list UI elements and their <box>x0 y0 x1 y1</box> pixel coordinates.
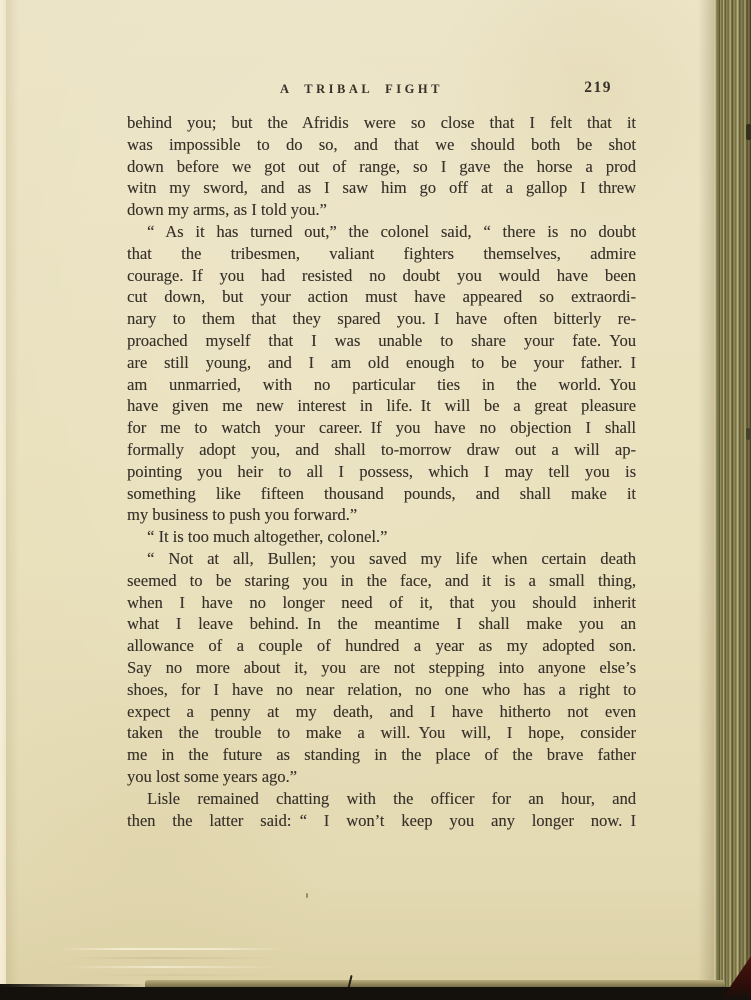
page-edge-mark <box>746 124 751 140</box>
page-text: behind you; but the Afridis were so clos… <box>127 112 636 831</box>
text-line: for me to watch your career. If you have… <box>127 417 636 439</box>
page-edge-mark <box>746 428 750 440</box>
running-head-title: A TRIBAL FIGHT <box>127 82 596 97</box>
scanned-book-page-photo: A TRIBAL FIGHT 219 behind you; but the A… <box>0 0 751 1000</box>
text-line: courage. If you had resisted no doubt yo… <box>127 265 636 287</box>
book-bottom-edge <box>145 980 725 987</box>
text-line: when I have no longer need of it, that y… <box>127 592 636 614</box>
text-line: formally adopt you, and shall to-morrow … <box>127 439 636 461</box>
paper-speck <box>306 893 308 898</box>
text-line: you lost some years ago.” <box>127 766 636 788</box>
text-line: Lisle remained chatting with the officer… <box>127 788 636 810</box>
bottom-page-edge-streak <box>58 948 283 950</box>
stacked-page-edges <box>714 0 751 992</box>
text-line: what I leave behind. In the meantime I s… <box>127 613 636 635</box>
text-line: “ Not at all, Bullen; you saved my life … <box>127 548 636 570</box>
text-line: me in the future as standing in the plac… <box>127 744 636 766</box>
text-line: am unmarried, with no particular ties in… <box>127 374 636 396</box>
text-line: witn my sword, and as I saw him go off a… <box>127 177 636 199</box>
bottom-page-edge-streak <box>62 966 282 968</box>
text-line: have given me new interest in life. It w… <box>127 395 636 417</box>
text-line: that the tribesmen, valiant fighters the… <box>127 243 636 265</box>
text-line: allowance of a couple of hundred a year … <box>127 635 636 657</box>
page-right-shadow <box>698 0 714 990</box>
text-line: “ As it has turned out,” the colonel sai… <box>127 221 636 243</box>
text-line: cut down, but your action must have appe… <box>127 286 636 308</box>
text-line: something like fifteen thousand pounds, … <box>127 483 636 505</box>
text-line: down my arms, as I told you.” <box>127 199 636 221</box>
text-line: proached myself that I was unable to sha… <box>127 330 636 352</box>
text-line: then the latter said: “ I won’t keep you… <box>127 810 636 832</box>
bottom-page-edge-streak <box>70 957 280 959</box>
text-line: expect a penny at my death, and I have h… <box>127 701 636 723</box>
text-line: seemed to be staring you in the face, an… <box>127 570 636 592</box>
text-line: was impossible to do so, and that we sho… <box>127 134 636 156</box>
page-left-edge-shadow <box>6 0 19 987</box>
text-line: behind you; but the Afridis were so clos… <box>127 112 636 134</box>
text-line: are still young, and I am old enough to … <box>127 352 636 374</box>
text-line: pointing you heir to all I possess, whic… <box>127 461 636 483</box>
text-line: Say no more about it, you are not steppi… <box>127 657 636 679</box>
running-head: A TRIBAL FIGHT 219 <box>127 82 636 102</box>
text-line: shoes, for I have no near relation, no o… <box>127 679 636 701</box>
text-line: “ It is too much altogether, colonel.” <box>127 526 636 548</box>
text-line: down before we got out of range, so I ga… <box>127 156 636 178</box>
page-number: 219 <box>584 79 612 97</box>
text-line: nary to them that they spared you. I hav… <box>127 308 636 330</box>
bottom-page-edge-streak <box>80 974 270 976</box>
table-surface <box>0 987 751 1000</box>
text-line: my business to push you forward.” <box>127 504 636 526</box>
text-line: taken the trouble to make a will. You wi… <box>127 722 636 744</box>
